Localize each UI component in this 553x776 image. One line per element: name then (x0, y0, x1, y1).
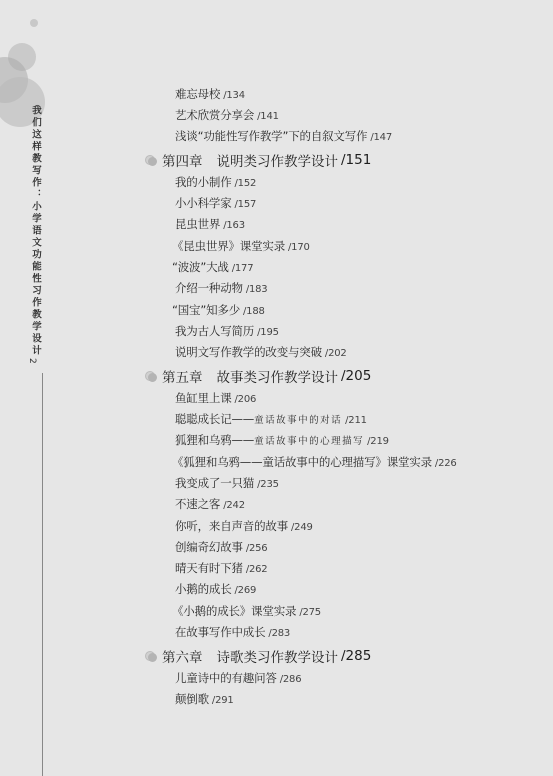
entry-page: /152 (235, 178, 257, 189)
decorative-dot (30, 19, 38, 27)
entry-title: 介绍一种动物 (175, 281, 243, 295)
entry-page: /170 (288, 242, 310, 253)
entry-page: /188 (243, 306, 265, 317)
toc-entry[interactable]: 狐狸和乌鸦——童话故事中的心理描写/219 (175, 432, 389, 448)
entry-page: /269 (235, 585, 257, 596)
toc-entry[interactable]: 聪聪成长记——童话故事中的对话/211 (175, 411, 367, 427)
entry-subtitle: 童话故事中的心理描写 (254, 436, 364, 447)
entry-page: /286 (280, 674, 302, 685)
entry-title: 我变成了一只猫 (175, 476, 254, 490)
toc-entry[interactable]: 创编奇幻故事/256 (175, 539, 267, 555)
chapter-number: 第四章 (162, 150, 203, 170)
entry-page: /256 (246, 543, 268, 554)
entry-title: 浅谈“功能性写作教学”下的自叙文写作 (175, 129, 367, 143)
entry-page: /226 (435, 458, 457, 469)
entry-title: 儿童诗中的有趣问答 (175, 671, 277, 685)
chapter-bullet-icon (145, 370, 157, 382)
entry-title: 不速之客 (175, 497, 220, 511)
entry-title: 我为古人写简历 (175, 324, 254, 338)
entry-title: 鱼缸里上课 (175, 391, 232, 405)
entry-title: 小小科学家 (175, 196, 232, 210)
entry-title: 《昆虫世界》课堂实录 (172, 239, 285, 253)
entry-title: 创编奇幻故事 (175, 540, 243, 554)
toc-entry[interactable]: 《小鹅的成长》课堂实录/275 (172, 603, 321, 619)
toc-entry[interactable]: 昆虫世界/163 (175, 216, 245, 232)
toc-entry[interactable]: 你听，来自声音的故事/249 (175, 518, 313, 534)
entry-page: /157 (235, 199, 257, 210)
margin-rule (42, 373, 43, 776)
entry-page: /134 (223, 90, 245, 101)
chapter-bullet-icon (145, 154, 157, 166)
entry-page: /291 (212, 695, 234, 706)
toc-entry[interactable]: 我的小制作/152 (175, 174, 256, 190)
toc-entry[interactable]: 颠倒歌/291 (175, 691, 234, 707)
book-spine-title: 我们这样教写作：小学语文功能性习作教学设计 (27, 105, 41, 357)
entry-title: 在故事写作中成长 (175, 625, 265, 639)
entry-title: 狐狸和乌鸦—— (175, 433, 254, 447)
entry-title: 《小鹅的成长》课堂实录 (172, 604, 296, 618)
entry-page: /219 (367, 436, 389, 447)
toc-entry[interactable]: 介绍一种动物/183 (175, 280, 267, 296)
entry-title: 小鹅的成长 (175, 582, 232, 596)
entry-page: /202 (325, 348, 347, 359)
entry-title: 晴天有时下猪 (175, 561, 243, 575)
entry-page: /211 (345, 415, 367, 426)
toc-entry[interactable]: 浅谈“功能性写作教学”下的自叙文写作/147 (175, 128, 392, 144)
toc-entry[interactable]: 艺术欣赏分享会/141 (175, 107, 279, 123)
chapter-number: 第五章 (162, 366, 203, 386)
entry-title: 《狐狸和乌鸦——童话故事中的心理描写》课堂实录 (172, 455, 432, 469)
toc-entry[interactable]: 不速之客/242 (175, 496, 245, 512)
entry-page: /235 (257, 479, 279, 490)
chapter-title: 诗歌类习作教学设计 (217, 646, 339, 666)
toc-entry[interactable]: 说明文写作教学的改变与突破/202 (175, 344, 347, 360)
entry-page: /242 (223, 500, 245, 511)
entry-title: 难忘母校 (175, 87, 220, 101)
entry-page: /262 (246, 564, 268, 575)
entry-title: “波波”大战 (172, 260, 229, 274)
toc-entry[interactable]: 儿童诗中的有趣问答/286 (175, 670, 301, 686)
entry-title: 我的小制作 (175, 175, 232, 189)
entry-page: /147 (370, 132, 392, 143)
entry-title: 聪聪成长记—— (175, 412, 254, 426)
toc-entry[interactable]: 晴天有时下猪/262 (175, 560, 267, 576)
toc-entry[interactable]: “波波”大战/177 (172, 259, 253, 275)
entry-page: /283 (268, 628, 290, 639)
entry-page: /195 (257, 327, 279, 338)
chapter-title: 故事类习作教学设计 (217, 366, 339, 386)
toc-entry[interactable]: 鱼缸里上课/206 (175, 390, 256, 406)
chapter-page: /285 (341, 648, 371, 664)
toc-entry[interactable]: 在故事写作中成长/283 (175, 624, 290, 640)
entry-page: /183 (246, 284, 268, 295)
toc-entry[interactable]: 小小科学家/157 (175, 195, 256, 211)
entry-page: /249 (291, 522, 313, 533)
entry-title: 艺术欣赏分享会 (175, 108, 254, 122)
chapter-page: /205 (341, 368, 371, 384)
entry-title: 颠倒歌 (175, 692, 209, 706)
chapter-bullet-icon (145, 650, 157, 662)
toc-entry[interactable]: 我为古人写简历/195 (175, 323, 279, 339)
entry-page: /163 (223, 220, 245, 231)
entry-subtitle: 童话故事中的对话 (254, 415, 342, 426)
entry-title: 说明文写作教学的改变与突破 (175, 345, 322, 359)
entry-title: “国宝”知多少 (172, 303, 240, 317)
toc-entry[interactable]: 《狐狸和乌鸦——童话故事中的心理描写》课堂实录/226 (172, 454, 457, 470)
toc-entry[interactable]: 我变成了一只猫/235 (175, 475, 279, 491)
toc-entry[interactable]: “国宝”知多少/188 (172, 302, 265, 318)
toc-chapter-heading[interactable]: 第五章故事类习作教学设计/205 (145, 366, 371, 386)
entry-page: /141 (257, 111, 279, 122)
page-number: 2 (27, 358, 37, 364)
toc-entry[interactable]: 小鹅的成长/269 (175, 581, 256, 597)
toc-entry[interactable]: 《昆虫世界》课堂实录/170 (172, 238, 310, 254)
toc-entry[interactable]: 难忘母校/134 (175, 86, 245, 102)
entry-title: 你听，来自声音的故事 (175, 519, 288, 533)
entry-page: /275 (299, 607, 321, 618)
entry-title: 昆虫世界 (175, 217, 220, 231)
entry-page: /206 (235, 394, 257, 405)
chapter-number: 第六章 (162, 646, 203, 666)
toc-chapter-heading[interactable]: 第六章诗歌类习作教学设计/285 (145, 646, 371, 666)
chapter-title: 说明类习作教学设计 (217, 150, 339, 170)
entry-page: /177 (232, 263, 254, 274)
chapter-page: /151 (341, 152, 371, 168)
toc-chapter-heading[interactable]: 第四章说明类习作教学设计/151 (145, 150, 371, 170)
